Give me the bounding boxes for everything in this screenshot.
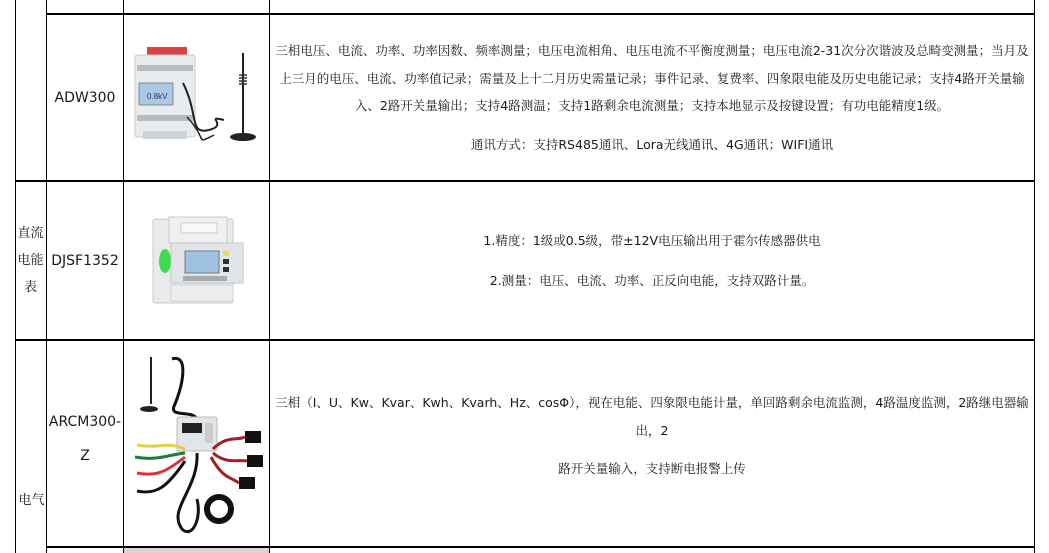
product-image-arcm300z [124,341,269,546]
product-image-djsf1352 [124,182,269,339]
description-paragraph-continued: 路开关量输入，支持断电报警上传 [558,455,746,483]
description-paragraph: 三相（I、U、Kw、Kvar、Kwh、Kvarh、Hz、cosΦ），视在电能、四… [274,389,1030,444]
category-line-1: 直流 [17,220,43,247]
product-image-adw300: 0.8kV [124,15,269,180]
table-row-adw300-model: ADW300 [47,15,123,180]
category-line-3: 表 [24,274,37,301]
table-row-adw300-description: 三相电压、电流、功率、功率因数、频率测量；电压电流相角、电压电流不平衡度测量；电… [270,15,1034,180]
table-row-djsf1352-description: 1.精度：1级或0.5级，带±12V电压输出用于霍尔传感器供电 2.测量：电压、… [270,182,1034,339]
table-border-right [1034,0,1035,553]
measurement-line: 2.测量：电压、电流、功率、正反向电能，支持双路计量。 [490,267,814,295]
category-line-2: 电能 [17,247,43,274]
product-spec-table: ADW300 0.8kV 三相电压、电流、功率、功率因数、频率测量；电压电流相角… [0,0,1049,553]
table-row-arcm300z-model: ARCM300- Z [47,341,123,546]
model-name: ADW300 [55,81,116,115]
table-row-djsf1352-model: DJSF1352 [47,182,123,339]
category-label: 电气 [18,487,44,514]
table-row-arcm300z-description: 三相（I、U、Kw、Kvar、Kwh、Kvarh、Hz、cosΦ），视在电能、四… [270,341,1034,546]
adw300-meter-icon: 0.8kV [129,45,264,150]
arcm300z-device-icon [127,349,267,539]
model-name: DJSF1352 [51,244,118,278]
djsf1352-meter-icon [147,213,247,308]
next-row-image-edge [124,548,269,553]
table-row-arcm300z-category: 电气 [15,341,46,546]
model-name-line-1: ARCM300- [49,405,121,439]
accuracy-line: 1.精度：1级或0.5级，带±12V电压输出用于霍尔传感器供电 [483,227,820,255]
description-paragraph: 三相电压、电流、功率、功率因数、频率测量；电压电流相角、电压电流不平衡度测量；电… [274,37,1030,120]
model-name-line-2: Z [80,439,90,473]
table-row-djsf1352-category: 直流 电能 表 [15,182,46,339]
communication-paragraph: 通讯方式：支持RS485通讯、Lora无线通讯、4G通讯；WIFI通讯 [471,131,833,159]
svg-text:0.8kV: 0.8kV [147,92,168,101]
